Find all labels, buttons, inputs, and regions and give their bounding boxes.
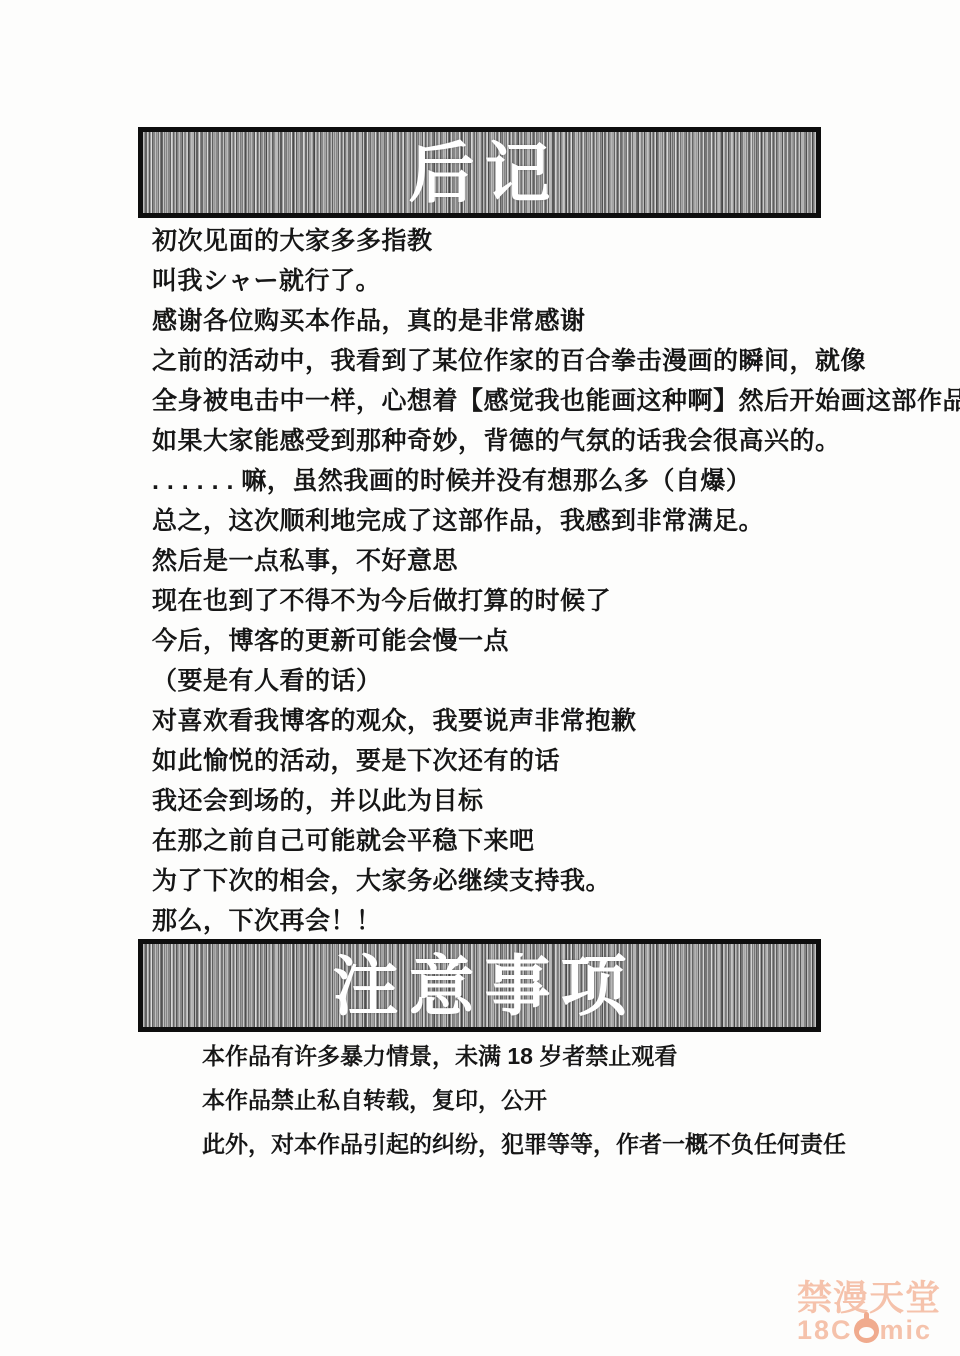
watermark-brand-suffix: mic: [880, 1315, 933, 1345]
afterword-line: 之前的活动中，我看到了某位作家的百合拳击漫画的瞬间，就像: [152, 341, 892, 381]
afterword-line: （要是有人看的话）: [152, 661, 892, 701]
notice-line: 本作品有许多暴力情景，未满 18 岁者禁止观看: [202, 1034, 902, 1078]
whale-mascot-icon: [854, 1318, 879, 1343]
notice-line: 此外，对本作品引起的纠纷，犯罪等等，作者一概不负任何责任: [202, 1122, 902, 1166]
afterword-line: 全身被电击中一样，心想着【感觉我也能画这种啊】然后开始画这部作品。: [152, 381, 892, 421]
afterword-line: 那么，下次再会！！: [152, 901, 892, 941]
afterword-line: 如此愉悦的活动，要是下次还有的话: [152, 741, 892, 781]
afterword-text-block: 初次见面的大家多多指教 叫我シャー就行了。 感谢各位购买本作品，真的是非常感谢 …: [152, 221, 892, 941]
watermark: 禁漫天堂 18Cmic: [797, 1281, 941, 1344]
afterword-line: 现在也到了不得不为今后做打算的时候了: [152, 581, 892, 621]
afterword-line: 为了下次的相会，大家务必继续支持我。: [152, 861, 892, 901]
watermark-brand-prefix: 18C: [797, 1315, 853, 1345]
afterword-line: 初次见面的大家多多指教: [152, 221, 892, 261]
notice-banner-title: 注意事项: [323, 953, 637, 1019]
watermark-site-name: 禁漫天堂: [797, 1281, 941, 1316]
afterword-line: 在那之前自己可能就会平稳下来吧: [152, 821, 892, 861]
afterword-line: 如果大家能感受到那种奇妙，背德的气氛的话我会很高兴的。: [152, 421, 892, 461]
afterword-line: 叫我シャー就行了。: [152, 261, 892, 301]
watermark-brand: 18Cmic: [797, 1317, 941, 1344]
afterword-line: 感谢各位购买本作品，真的是非常感谢: [152, 301, 892, 341]
afterword-line: 然后是一点私事，不好意思: [152, 541, 892, 581]
afterword-line: 总之，这次顺利地完成了这部作品，我感到非常满足。: [152, 501, 892, 541]
notice-banner: 注意事项: [138, 939, 821, 1032]
notice-text-block: 本作品有许多暴力情景，未满 18 岁者禁止观看 本作品禁止私自转载，复印，公开 …: [202, 1034, 902, 1166]
afterword-banner: 后记: [138, 127, 821, 218]
afterword-line: 今后，博客的更新可能会慢一点: [152, 621, 892, 661]
afterword-line: 对喜欢看我博客的观众，我要说声非常抱歉: [152, 701, 892, 741]
notice-line: 本作品禁止私自转载，复印，公开: [202, 1078, 902, 1122]
afterword-line: . . . . . . 嘛，虽然我画的时候并没有想那么多（自爆）: [152, 461, 892, 501]
afterword-line: 我还会到场的，并以此为目标: [152, 781, 892, 821]
afterword-banner-title: 后记: [399, 140, 561, 206]
afterword-page: 后记 初次见面的大家多多指教 叫我シャー就行了。 感谢各位购买本作品，真的是非常…: [0, 0, 960, 1356]
